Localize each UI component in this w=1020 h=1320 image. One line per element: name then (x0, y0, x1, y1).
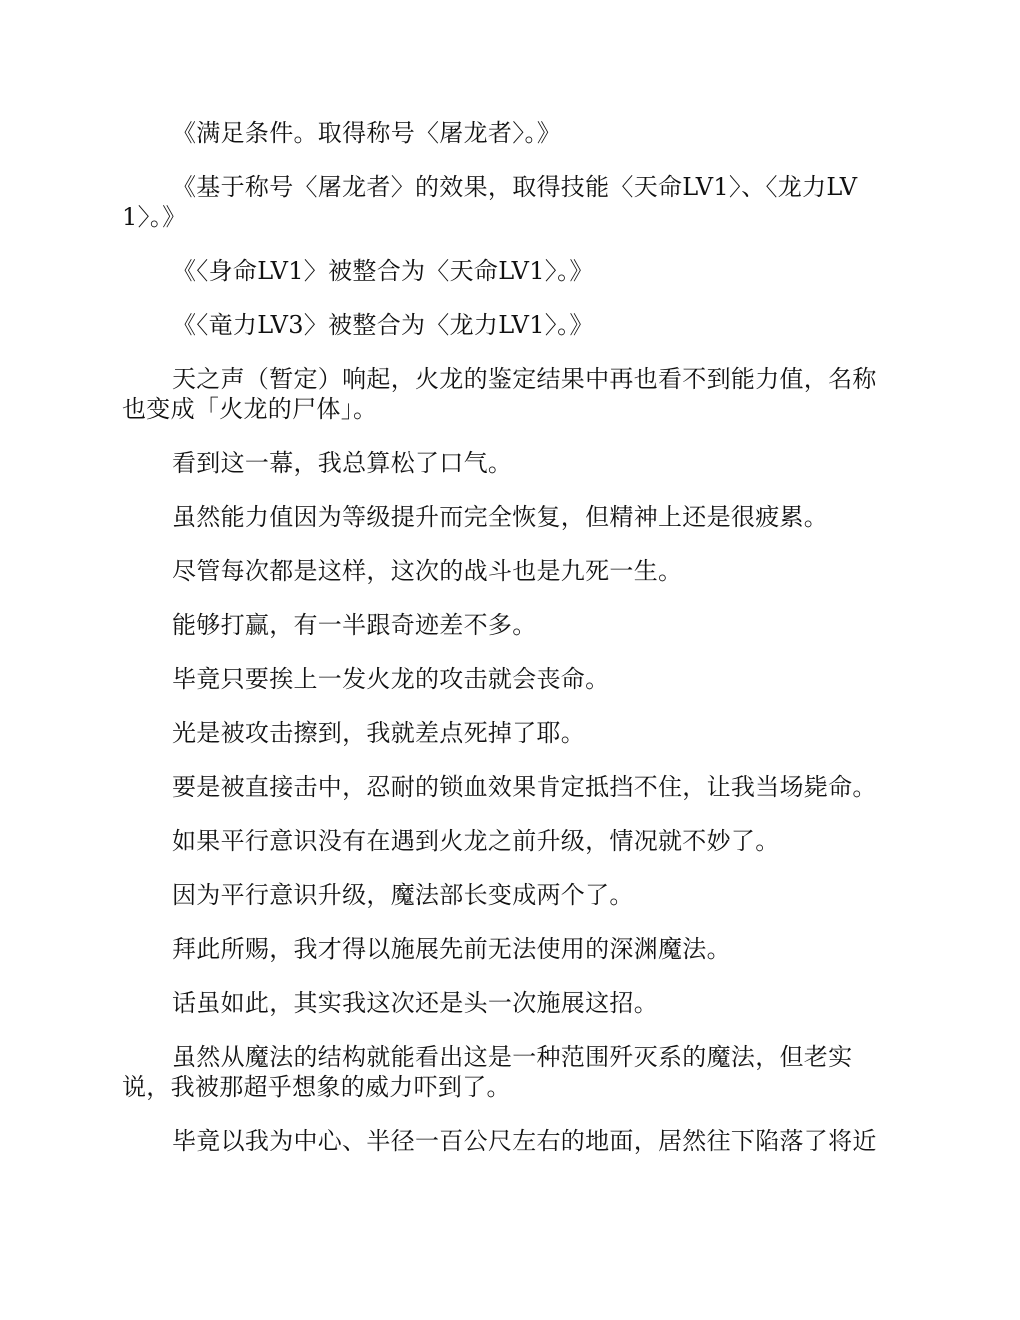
paragraph: 天之声（暂定）响起，火龙的鉴定结果中再也看不到能力值，名称也变成「火龙的尸体」。 (122, 364, 896, 424)
paragraph: 能够打赢，有一半跟奇迹差不多。 (122, 610, 896, 640)
paragraph-system-title: 《满足条件。取得称号〈屠龙者〉。》 (122, 118, 896, 148)
paragraph: 毕竟以我为中心、半径一百公尺左右的地面，居然往下陷落了将近 (122, 1126, 896, 1156)
paragraph: 话虽如此，其实我这次还是头一次施展这招。 (122, 988, 896, 1018)
paragraph-system-merge-2: 《〈竜力LV3〉被整合为〈龙力LV1〉。》 (122, 310, 896, 340)
paragraph-system-skills: 《基于称号〈屠龙者〉的效果，取得技能〈天命LV1〉、〈龙力LV1〉。》 (122, 172, 896, 232)
paragraph: 虽然能力值因为等级提升而完全恢复，但精神上还是很疲累。 (122, 502, 896, 532)
paragraph: 看到这一幕，我总算松了口气。 (122, 448, 896, 478)
document-page: 《满足条件。取得称号〈屠龙者〉。》 《基于称号〈屠龙者〉的效果，取得技能〈天命L… (122, 118, 896, 1180)
paragraph: 光是被攻击擦到，我就差点死掉了耶。 (122, 718, 896, 748)
paragraph: 要是被直接击中，忍耐的锁血效果肯定抵挡不住，让我当场毙命。 (122, 772, 896, 802)
paragraph: 因为平行意识升级，魔法部长变成两个了。 (122, 880, 896, 910)
paragraph: 拜此所赐，我才得以施展先前无法使用的深渊魔法。 (122, 934, 896, 964)
paragraph: 毕竟只要挨上一发火龙的攻击就会丧命。 (122, 664, 896, 694)
paragraph-system-merge-1: 《〈身命LV1〉被整合为〈天命LV1〉。》 (122, 256, 896, 286)
paragraph: 尽管每次都是这样，这次的战斗也是九死一生。 (122, 556, 896, 586)
paragraph: 虽然从魔法的结构就能看出这是一种范围歼灭系的魔法，但老实说，我被那超乎想象的威力… (122, 1042, 896, 1102)
paragraph: 如果平行意识没有在遇到火龙之前升级，情况就不妙了。 (122, 826, 896, 856)
